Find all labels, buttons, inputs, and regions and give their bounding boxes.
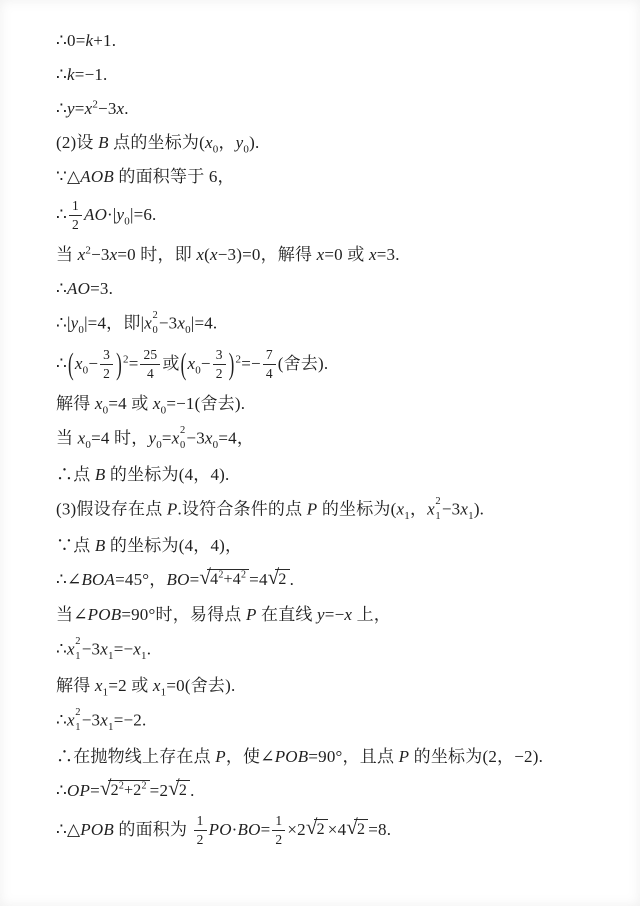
radicand: 22+22 xyxy=(108,780,150,800)
math-variable: P xyxy=(246,605,257,624)
math-variable: x xyxy=(95,676,103,695)
big-parenthesis: ) xyxy=(229,345,235,385)
text-run: 的面积等于 6， xyxy=(114,167,235,186)
text-run: 解得 xyxy=(56,676,95,695)
text-run: =45°， xyxy=(115,570,166,589)
text-run: |=4. xyxy=(191,313,218,332)
text-run: |=6. xyxy=(130,205,157,224)
text-run: = xyxy=(129,354,139,373)
math-line-19: 解得 x1=2 或 x1=0(舍去). xyxy=(56,675,612,697)
fraction-numerator: 3 xyxy=(100,348,113,365)
text-run: 当 xyxy=(56,245,78,264)
math-variable: x xyxy=(205,428,213,447)
text-run: . xyxy=(124,99,128,118)
math-variable: x xyxy=(177,313,185,332)
math-variable: POB xyxy=(88,605,122,624)
text-run: =− xyxy=(114,640,134,659)
math-line-6: ∴12AO·|y0|=6. xyxy=(56,200,612,232)
fraction-denominator: 2 xyxy=(194,831,207,847)
text-run: ， xyxy=(218,133,235,152)
math-line-20: ∴x21−3x1=−2. xyxy=(56,709,612,734)
radical-sign: √ xyxy=(199,567,211,588)
document-body: ∴0=k+1.∴k=−1.∴y=x2−3x.(2)设 B 点的坐标为(x0，y0… xyxy=(56,30,612,847)
math-variable: x xyxy=(144,313,152,332)
text-run: =4， xyxy=(218,428,254,447)
math-variable: x xyxy=(344,605,352,624)
text-run: ， xyxy=(410,499,427,518)
text-run: −3 xyxy=(186,428,205,447)
text-run: −3 xyxy=(442,499,461,518)
text-run: =− xyxy=(325,605,345,624)
math-line-22: ∴OP=√22+22=2√2. xyxy=(56,780,612,803)
radical-sign: √ xyxy=(168,778,180,799)
fraction: 32 xyxy=(213,348,226,380)
text-run: (3)假设存在点 xyxy=(56,499,167,518)
text-run: ∴0= xyxy=(56,31,86,50)
text-run: =4 或 xyxy=(108,394,153,413)
math-line-21: ∴在抛物线上存在点 P，使∠POB=90°，且点 P 的坐标为(2，−2). xyxy=(56,746,612,768)
text-run: = xyxy=(90,781,100,800)
math-variable: x xyxy=(100,711,108,730)
text-run: =90°，且点 xyxy=(308,747,398,766)
fraction: 32 xyxy=(100,348,113,380)
text-run: 的面积为 xyxy=(114,820,192,839)
text-run: −3 xyxy=(91,245,110,264)
subscript: 1 xyxy=(435,512,440,523)
math-variable: x xyxy=(67,711,75,730)
radical-sign: √ xyxy=(100,778,112,799)
text-run: 的坐标为( xyxy=(317,499,396,518)
superscript: 2 xyxy=(152,311,157,322)
fraction-denominator: 2 xyxy=(69,216,82,232)
math-variable: x xyxy=(153,394,161,413)
text-run: ∵点 xyxy=(56,536,95,555)
square-root: √2 xyxy=(268,569,290,591)
fraction-denominator: 4 xyxy=(263,365,276,381)
text-run: ). xyxy=(474,499,484,518)
text-run: 当∠ xyxy=(56,605,88,624)
text-run: 的坐标为(4，4). xyxy=(105,465,229,484)
text-run: ∴ xyxy=(56,640,67,659)
square-root: √22+22 xyxy=(100,780,150,802)
math-line-3: ∴y=x2−3x. xyxy=(56,98,612,120)
text-run: − xyxy=(201,354,211,373)
text-run: 的坐标为(2，−2). xyxy=(409,747,543,766)
math-variable: BO xyxy=(167,570,190,589)
text-run: . xyxy=(147,640,151,659)
text-run: ·| xyxy=(107,205,116,224)
math-line-8: ∴AO=3. xyxy=(56,278,612,300)
text-run: =2 xyxy=(150,781,169,800)
superscript: 2 xyxy=(435,497,440,508)
text-run: =90°时，易得点 xyxy=(121,605,246,624)
math-variable: AOB xyxy=(80,167,114,186)
big-parenthesis: ( xyxy=(181,345,187,385)
math-variable: x xyxy=(205,133,213,152)
math-variable: AO xyxy=(67,279,90,298)
superscript: 2 xyxy=(75,637,80,648)
text-run: ∴△ xyxy=(56,820,80,839)
text-run: ∴ xyxy=(56,99,67,118)
text-run: . xyxy=(190,781,194,800)
superscript: 2 xyxy=(180,426,185,437)
text-run: |=4，即| xyxy=(84,313,144,332)
math-line-2: ∴k=−1. xyxy=(56,64,612,86)
math-variable: x xyxy=(95,394,103,413)
subscript: 0 xyxy=(180,441,185,452)
math-line-11: 解得 x0=4 或 x0=−1(舍去). xyxy=(56,393,612,415)
text-run: 的坐标为(4，4)， xyxy=(105,536,242,555)
math-line-12: 当 x0=4 时，y0=x20−3x0=4， xyxy=(56,427,612,452)
math-variable: x xyxy=(369,245,377,264)
square-root: √2 xyxy=(306,819,328,841)
text-run: =−2. xyxy=(114,711,147,730)
fraction-denominator: 2 xyxy=(272,831,285,847)
math-variable: P xyxy=(399,747,410,766)
math-line-1: ∴0=k+1. xyxy=(56,30,612,52)
math-variable: x xyxy=(427,499,435,518)
text-run: −3)=0，解得 xyxy=(218,245,317,264)
text-run: ∵△ xyxy=(56,167,80,186)
fraction-numerator: 1 xyxy=(69,199,82,216)
math-line-15: ∵点 B 的坐标为(4，4)， xyxy=(56,535,612,557)
text-run: ∴ xyxy=(56,781,67,800)
stacked-supsub: 21 xyxy=(75,708,80,733)
text-run: =8. xyxy=(368,820,391,839)
math-variable: PO xyxy=(209,820,232,839)
math-variable: k xyxy=(67,65,75,84)
superscript: 2 xyxy=(75,708,80,719)
superscript: 2 xyxy=(141,781,146,792)
text-run: . xyxy=(290,570,294,589)
big-parenthesis: ) xyxy=(116,345,122,385)
fraction-numerator: 25 xyxy=(140,348,160,365)
text-run: = xyxy=(261,820,271,839)
math-variable: y xyxy=(67,99,75,118)
square-root: √2 xyxy=(168,780,190,802)
square-root: √2 xyxy=(346,819,368,841)
text-run: = xyxy=(190,570,200,589)
text-run: −3 xyxy=(159,313,178,332)
math-variable: x xyxy=(460,499,468,518)
math-line-5: ∵△AOB 的面积等于 6， xyxy=(56,166,612,188)
math-line-14: (3)假设存在点 P.设符合条件的点 P 的坐标为(x1，x21−3x1). xyxy=(56,498,612,523)
fraction-numerator: 1 xyxy=(194,814,207,831)
subscript: 0 xyxy=(152,326,157,337)
subscript: 1 xyxy=(75,652,80,663)
math-variable: B xyxy=(95,465,106,484)
math-variable: BO xyxy=(238,820,261,839)
text-run: ∴| xyxy=(56,313,71,332)
fraction-denominator: 2 xyxy=(100,365,113,381)
math-line-10: ∴(x0−32)2=254或(x0−32)2=−74(舍去). xyxy=(56,349,612,381)
fraction-numerator: 3 xyxy=(213,348,226,365)
math-variable: OP xyxy=(67,781,90,800)
text-run: 在直线 xyxy=(257,605,318,624)
fraction-numerator: 1 xyxy=(272,814,285,831)
math-variable: P xyxy=(307,499,318,518)
math-line-18: ∴x21−3x1=−x1. xyxy=(56,638,612,663)
radical-sign: √ xyxy=(268,567,280,588)
math-line-23: ∴△POB 的面积为 12PO·BO=12×2√2×4√2=8. xyxy=(56,815,612,847)
text-run: − xyxy=(88,354,98,373)
math-variable: P xyxy=(215,747,226,766)
text-run: =3. xyxy=(90,279,113,298)
math-variable: B xyxy=(98,133,109,152)
fraction-numerator: 7 xyxy=(263,348,276,365)
text-run: .设符合条件的点 xyxy=(177,499,306,518)
text-run: =2 或 xyxy=(108,676,153,695)
radical-sign: √ xyxy=(306,817,318,838)
math-variable: x xyxy=(100,640,108,659)
text-run: 上， xyxy=(352,605,391,624)
stacked-supsub: 21 xyxy=(75,637,80,662)
text-run: =− xyxy=(241,354,261,373)
text-run: −3 xyxy=(82,640,101,659)
math-variable: x xyxy=(210,245,218,264)
math-line-7: 当 x2−3x=0 时，即 x(x−3)=0，解得 x=0 或 x=3. xyxy=(56,244,612,266)
stacked-supsub: 20 xyxy=(152,311,157,336)
text-run: = xyxy=(75,99,85,118)
text-run: ∴∠ xyxy=(56,570,81,589)
text-run: +4 xyxy=(224,571,241,588)
math-variable: POB xyxy=(275,747,309,766)
stacked-supsub: 20 xyxy=(180,426,185,451)
text-run: 点的坐标为( xyxy=(109,133,205,152)
text-run: ，使∠ xyxy=(226,747,275,766)
math-line-13: ∴点 B 的坐标为(4，4). xyxy=(56,464,612,486)
text-run: (舍去). xyxy=(278,354,329,373)
text-run: ×4 xyxy=(328,820,347,839)
radical-sign: √ xyxy=(346,817,358,838)
math-line-9: ∴|y0|=4，即|x20−3x0|=4. xyxy=(56,312,612,337)
text-run: ∴在抛物线上存在点 xyxy=(56,747,215,766)
text-run: ∴ xyxy=(56,205,67,224)
math-variable: POB xyxy=(80,820,114,839)
text-run: +2 xyxy=(124,782,141,799)
math-variable: y xyxy=(317,605,325,624)
fraction-denominator: 2 xyxy=(213,365,226,381)
subscript: 1 xyxy=(75,723,80,734)
math-variable: x xyxy=(75,354,83,373)
square-root: √42+42 xyxy=(199,569,249,591)
text-run: =−1. xyxy=(75,65,108,84)
text-run: =4 时， xyxy=(91,428,148,447)
math-variable: x xyxy=(153,676,161,695)
text-run: (2)设 xyxy=(56,133,98,152)
text-run: ∴ xyxy=(56,354,67,373)
text-run: −3 xyxy=(98,99,117,118)
math-variable: x xyxy=(133,640,141,659)
math-variable: x xyxy=(67,640,75,659)
text-run: 解得 xyxy=(56,394,95,413)
math-variable: x xyxy=(196,245,204,264)
text-run: 或 xyxy=(162,354,179,373)
math-line-16: ∴∠BOA=45°，BO=√42+42=4√2. xyxy=(56,569,612,592)
superscript: 2 xyxy=(241,570,246,581)
fraction: 12 xyxy=(194,814,207,846)
text-run: =−1(舍去). xyxy=(166,394,245,413)
math-variable: B xyxy=(95,536,106,555)
math-variable: x xyxy=(172,428,180,447)
math-variable: BOA xyxy=(81,570,115,589)
text-run: =0 时，即 xyxy=(117,245,196,264)
text-run: ×2 xyxy=(287,820,306,839)
radicand: 42+42 xyxy=(207,569,249,589)
fraction: 12 xyxy=(272,814,285,846)
text-run: =3. xyxy=(377,245,400,264)
math-line-4: (2)设 B 点的坐标为(x0，y0). xyxy=(56,132,612,154)
text-run: =0 或 xyxy=(324,245,369,264)
text-run: 当 xyxy=(56,428,78,447)
text-run: ∴ xyxy=(56,279,67,298)
text-run: −3 xyxy=(82,711,101,730)
fraction: 12 xyxy=(69,199,82,231)
text-run: ∴点 xyxy=(56,465,95,484)
big-parenthesis: ( xyxy=(68,345,74,385)
text-run: = xyxy=(162,428,172,447)
stacked-supsub: 21 xyxy=(435,497,440,522)
fraction: 254 xyxy=(140,348,160,380)
text-run: ). xyxy=(249,133,259,152)
math-variable: AO xyxy=(84,205,107,224)
math-line-17: 当∠POB=90°时，易得点 P 在直线 y=−x 上， xyxy=(56,604,612,626)
fraction-denominator: 4 xyxy=(140,365,160,381)
text-run: =4 xyxy=(249,570,268,589)
document-page: ∴0=k+1.∴k=−1.∴y=x2−3x.(2)设 B 点的坐标为(x0，y0… xyxy=(0,0,640,906)
text-run: =0(舍去). xyxy=(166,676,235,695)
text-run: ∴ xyxy=(56,711,67,730)
math-variable: P xyxy=(167,499,178,518)
fraction: 74 xyxy=(263,348,276,380)
text-run: ∴ xyxy=(56,65,67,84)
text-run: +1. xyxy=(93,31,116,50)
